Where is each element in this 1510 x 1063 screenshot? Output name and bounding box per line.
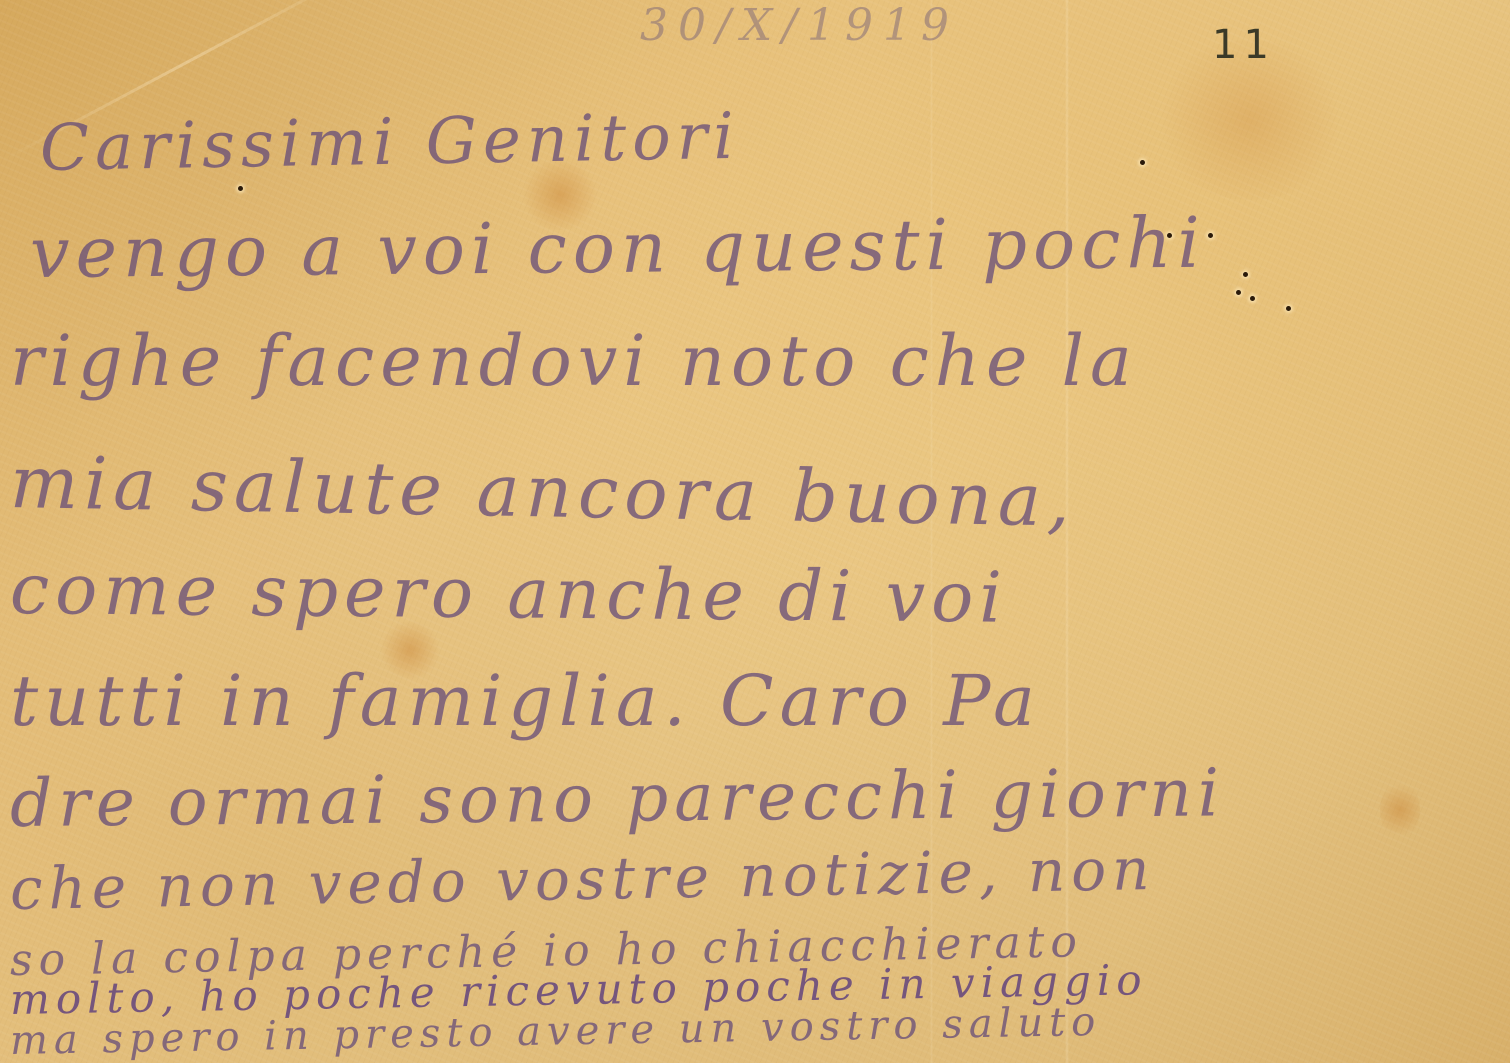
paper-hole — [1140, 160, 1145, 165]
letter-line: dre ormai sono parecchi giorni — [10, 754, 1226, 842]
letter-date: 30/X/1919 — [640, 0, 959, 51]
paper-hole — [238, 186, 243, 191]
paper-hole — [1208, 233, 1213, 238]
paper-hole — [1243, 272, 1248, 277]
paper-stain — [1380, 780, 1420, 840]
letter-line: come spero anche di voi — [10, 548, 1008, 639]
paper-hole — [1250, 296, 1255, 301]
paper-hole — [1286, 306, 1291, 311]
letter-line: vengo a voi con questi pochi — [30, 202, 1207, 294]
letter-line: righe facendovi noto che la — [10, 320, 1138, 402]
page-number: 11 — [1212, 22, 1275, 68]
paper-hole — [1236, 290, 1241, 295]
letter-line: tutti in famiglia. Caro Pa — [10, 660, 1041, 742]
letter-line-salutation: Carissimi Genitori — [39, 100, 740, 186]
